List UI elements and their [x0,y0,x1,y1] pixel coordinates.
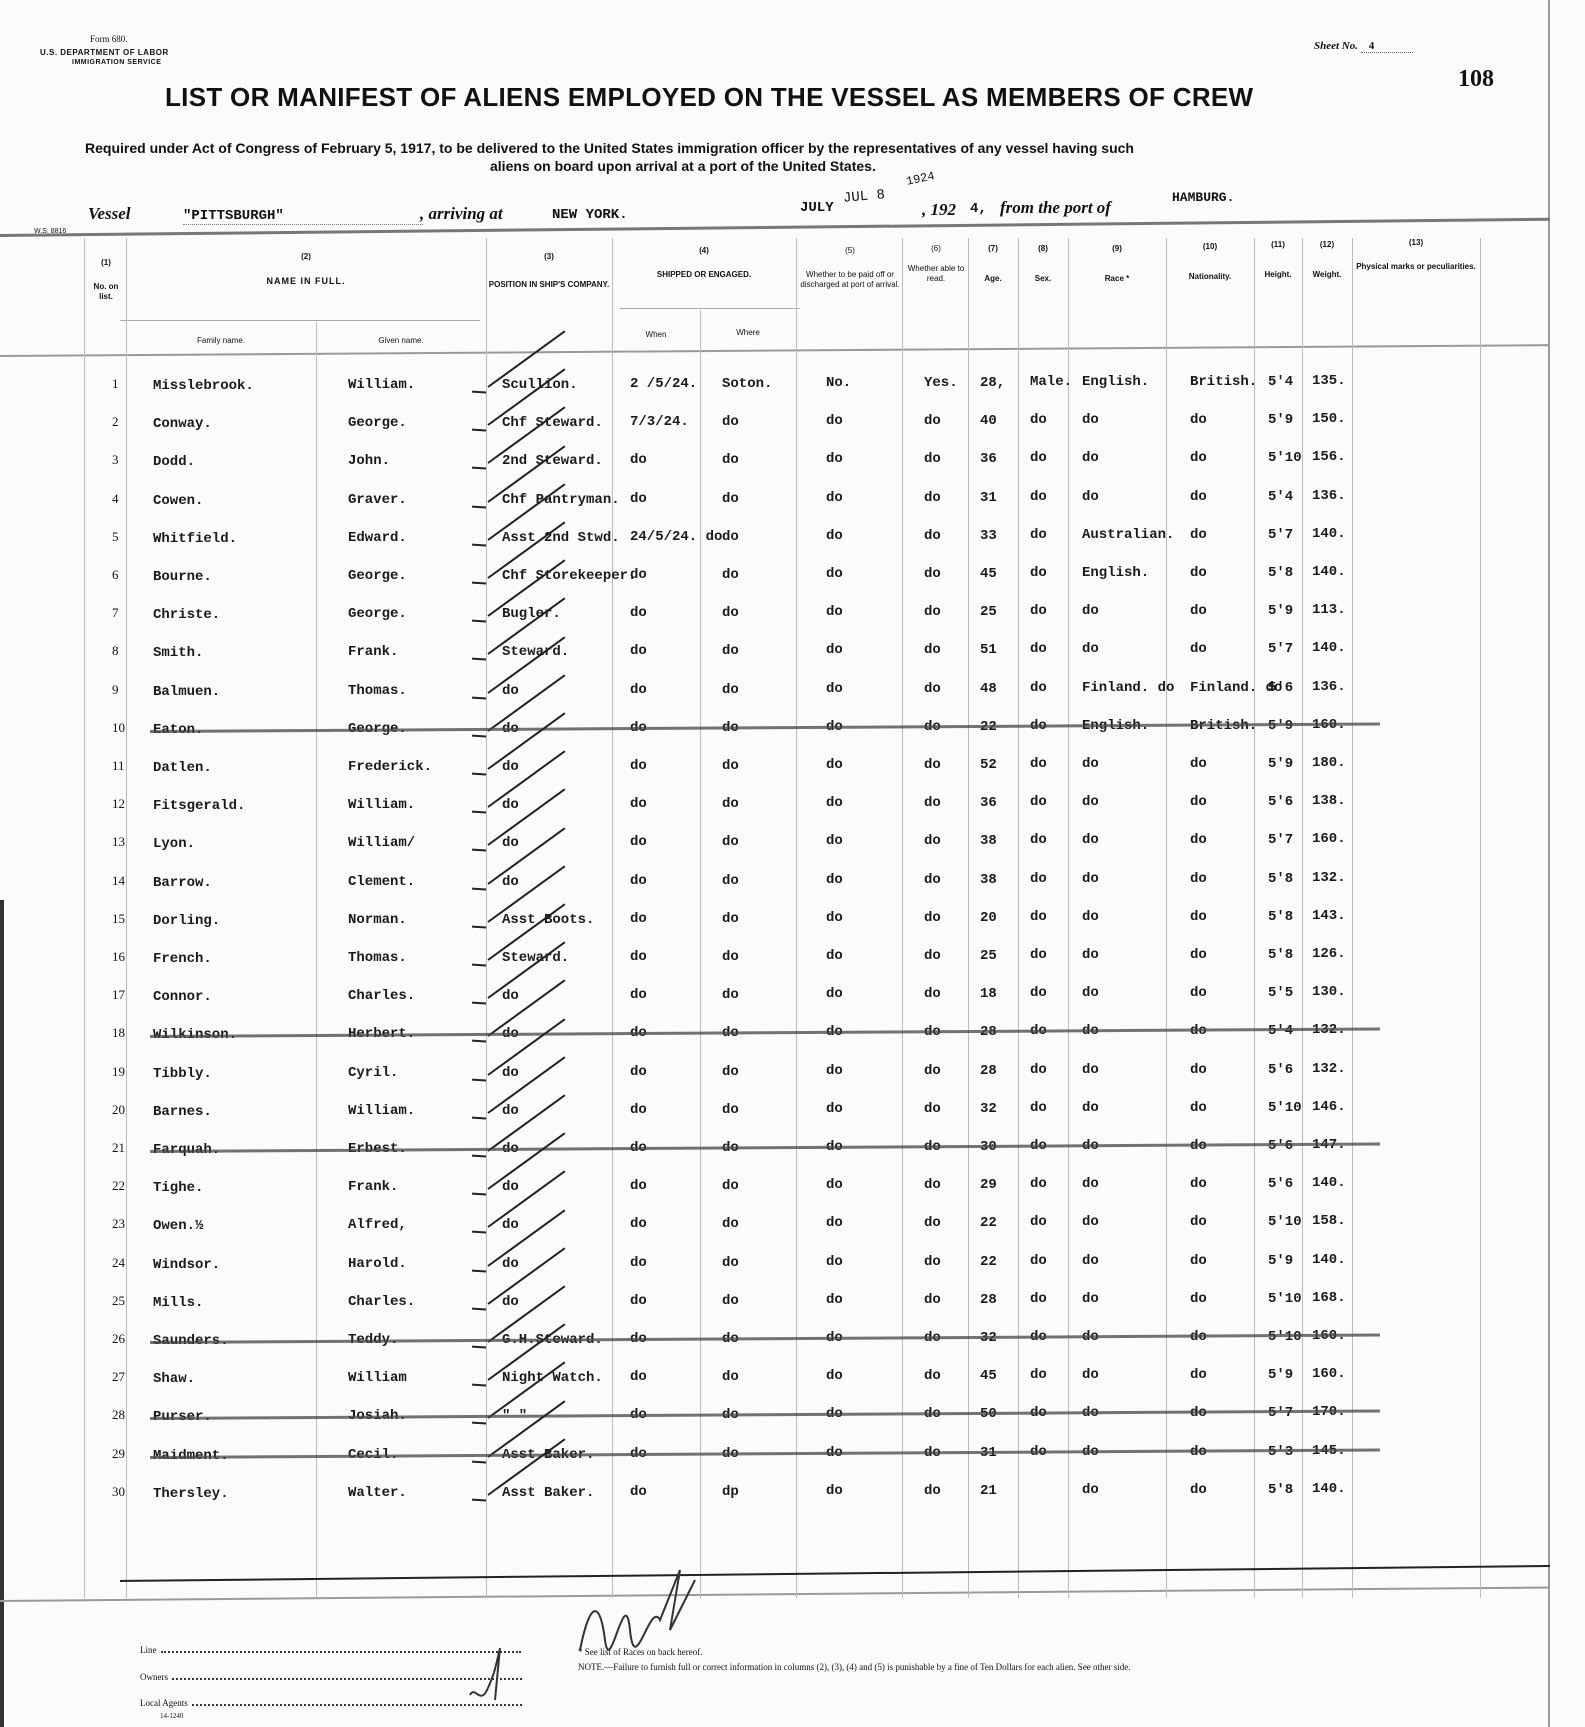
vessel-name: "PITTSBURGH" [183,208,284,224]
col-divider-14 [1480,238,1481,1598]
weight: 160. [1312,1366,1346,1382]
family-name: Thersley. [153,1486,229,1502]
height: 5'4 [1268,374,1293,390]
shipped-where: do [722,987,739,1003]
paid-off: do [826,1063,843,1079]
col-header-shipped: (4)SHIPPED OR ENGAGED. [612,246,796,280]
shipped-when: do [630,796,647,812]
row-number: 27 [112,1369,125,1385]
signature-icon [570,1560,710,1660]
shipped-when: do [630,1369,647,1385]
paid-off: do [826,948,843,964]
age: 28 [980,1292,997,1308]
given-name: Frank. [348,1179,398,1195]
family-name: Windsor. [153,1257,220,1273]
shipped-where: do [722,1178,739,1194]
family-name: Christe. [153,607,220,623]
row-number: 7 [112,605,119,621]
col-divider-2b [316,322,317,1598]
age: 28, [980,375,1005,391]
paid-off: do [826,604,843,620]
row-number: 13 [112,834,125,850]
race: do [1082,794,1099,810]
nationality: do [1190,832,1207,848]
race: do [1082,1214,1099,1230]
paid-off: do [826,757,843,773]
family-name: Conway. [153,416,212,432]
able-to-read: do [924,1063,941,1079]
name-subheader-line [120,320,480,321]
family-name: Barnes. [153,1104,212,1120]
position: do [502,1103,519,1119]
shipped-when: do [630,491,647,507]
weight: 160. [1312,831,1346,847]
able-to-read: do [924,681,941,697]
paid-off: do [826,1368,843,1384]
age: 36 [980,795,997,811]
nationality: do [1190,1062,1207,1078]
height: 5'9 [1268,1367,1293,1383]
given-name: Harold. [348,1256,407,1272]
row-number: 16 [112,949,125,965]
given-name: Norman. [348,912,407,928]
family-name: Whitfield. [153,531,237,547]
family-name: Smith. [153,645,203,661]
col-divider-7 [968,238,969,1598]
nationality: do [1190,871,1207,887]
col-header-where: Where [700,328,796,338]
shipped-where: do [722,1064,739,1080]
able-to-read: do [924,910,941,926]
col-divider-2 [126,238,127,1598]
table-bottom-border [0,1586,1550,1602]
shipped-where: Soton. [722,376,772,392]
given-name: George. [348,415,407,431]
shipped-when: do [630,834,647,850]
nationality: do [1190,794,1207,810]
shipped-when: do [630,987,647,1003]
family-name: Mills. [153,1295,203,1311]
given-name: Alfred, [348,1217,407,1233]
col-header-read: (6)Whether able to read. [904,244,968,284]
weight: 126. [1312,946,1346,962]
position: do [502,835,519,851]
owners-field: Owners [140,1672,522,1682]
paid-off: do [826,1215,843,1231]
able-to-read: do [924,1292,941,1308]
end-of-list-line [120,1565,1550,1582]
age: 33 [980,528,997,544]
row-number: 19 [112,1064,125,1080]
vessel-label: Vessel [88,204,131,224]
height: 5'10 [1268,1291,1302,1307]
able-to-read: do [924,451,941,467]
year-digit: 4, [970,201,987,217]
row-number: 6 [112,567,119,583]
sex: do [1030,1253,1047,1269]
col-header-when: When [612,330,700,340]
paid-off: do [826,413,843,429]
shipped-where: do [722,605,739,621]
family-name: Lyon. [153,836,195,852]
page-title: LIST OR MANIFEST OF ALIENS EMPLOYED ON T… [165,82,1253,113]
row-number: 23 [112,1216,125,1232]
position: do [502,1217,519,1233]
given-name: Frank. [348,644,398,660]
able-to-read: do [924,1101,941,1117]
sex: do [1030,756,1047,772]
shipped-where: do [722,873,739,889]
col-divider-9 [1068,238,1069,1598]
nationality: do [1190,450,1207,466]
age: 22 [980,1254,997,1270]
col-header-race: (9)Race * [1068,244,1166,284]
sex: do [1030,527,1047,543]
stamp-year: 1924 [905,169,936,189]
race: do [1082,450,1099,466]
shipped-where: do [722,834,739,850]
shipped-where: do [722,567,739,583]
paid-off: do [826,1177,843,1193]
age: 18 [980,986,997,1002]
age: 45 [980,1368,997,1384]
sex: do [1030,909,1047,925]
height: 5'8 [1268,871,1293,887]
scan-edge-right [1548,0,1550,1727]
position: do [502,797,519,813]
paid-off: do [826,910,843,926]
sheet-value: 4 [1369,40,1375,52]
family-name: Dorling. [153,913,220,929]
sheet-label: Sheet No. [1314,40,1358,52]
col-divider-10 [1166,238,1167,1598]
weight: 180. [1312,755,1346,771]
row-number: 22 [112,1178,125,1194]
height: 5'6 [1268,794,1293,810]
height: 5'4 [1268,489,1293,505]
shipped-where: do [722,452,739,468]
sex: do [1030,832,1047,848]
race: do [1082,871,1099,887]
row-number: 28 [112,1407,125,1423]
position: do [502,1179,519,1195]
age: 21 [980,1483,997,1499]
shipped-when: do [630,1178,647,1194]
paid-off: do [826,833,843,849]
shipped-when: do [630,949,647,965]
nationality: do [1190,641,1207,657]
col-header-position: (3)POSITION IN SHIP'S COMPANY. [486,252,612,290]
paid-off: do [826,1292,843,1308]
nationality: do [1190,947,1207,963]
paid-off: No. [826,375,851,391]
row-number: 12 [112,796,125,812]
given-name: John. [348,453,390,469]
nationality: British. [1190,374,1257,390]
col-divider-13 [1352,238,1353,1598]
height: 5'6 [1268,1176,1293,1192]
race: do [1082,412,1099,428]
row-number: 9 [112,682,119,698]
shipped-where: do [722,491,739,507]
shipped-where: dp [722,1484,739,1500]
sex: do [1030,1291,1047,1307]
age: 40 [980,413,997,429]
date-stamp: JUL 8 [842,187,885,207]
nationality: do [1190,527,1207,543]
height: 5'8 [1268,1482,1293,1498]
shipped-when: do [630,873,647,889]
weight: 113. [1312,602,1346,618]
given-name: Clement. [348,874,415,890]
weight: 132. [1312,870,1346,886]
position: do [502,759,519,775]
nationality: do [1190,603,1207,619]
able-to-read: do [924,1254,941,1270]
arriving-port: NEW YORK. [552,207,628,223]
age: 25 [980,948,997,964]
able-to-read: do [924,1177,941,1193]
height: 5'7 [1268,832,1293,848]
year-label: , 192 [922,200,956,220]
sex: do [1030,1367,1047,1383]
scan-edge-left [0,900,4,1727]
age: 28 [980,1063,997,1079]
nationality: do [1190,756,1207,772]
given-name: Thomas. [348,683,407,699]
race: do [1082,947,1099,963]
paid-off: do [826,490,843,506]
weight: 140. [1312,1481,1346,1497]
race: do [1082,1482,1099,1498]
family-name: Tighe. [153,1180,203,1196]
shipped-when: do [630,1484,647,1500]
height: 5'10 [1268,1100,1302,1116]
age: 31 [980,490,997,506]
vessel-dots [183,224,423,225]
family-name: Shaw. [153,1371,195,1387]
shipped-where: do [722,796,739,812]
shipped-when: do [630,1064,647,1080]
height: 5'10 [1268,450,1302,466]
sex: Male. [1030,374,1072,390]
able-to-read: do [924,986,941,1002]
race: do [1082,832,1099,848]
row-number: 2 [112,414,119,430]
family-name: Dodd. [153,454,195,470]
family-name: French. [153,951,212,967]
paid-off: do [826,1101,843,1117]
nationality: do [1190,489,1207,505]
row-number: 14 [112,873,125,889]
age: 32 [980,1101,997,1117]
weight: 136. [1312,488,1346,504]
nationality: do [1190,1100,1207,1116]
race: do [1082,985,1099,1001]
position: Asst Baker. [502,1485,594,1501]
row-number: 24 [112,1255,125,1271]
row-number: 20 [112,1102,125,1118]
given-name: George. [348,568,407,584]
shipped-when: do [630,1255,647,1271]
row-number: 10 [112,720,125,736]
form-number: Form 680. [90,34,128,44]
arrival-month: JULY [800,200,834,216]
shipped-when: do [630,1216,647,1232]
shipped-where: do [722,911,739,927]
able-to-read: do [924,948,941,964]
shipped-where: do [722,1255,739,1271]
race: English. [1082,374,1149,390]
race: Australian. [1082,527,1174,543]
height: 5'10 [1268,1214,1302,1230]
col-divider-4b [700,310,701,1598]
sex: do [1030,1062,1047,1078]
able-to-read: do [924,642,941,658]
race: do [1082,756,1099,772]
shipped-when: do [630,758,647,774]
race: do [1082,1176,1099,1192]
shipped-where: do [722,1102,739,1118]
paid-off: do [826,1254,843,1270]
race: do [1082,1367,1099,1383]
height: 5'8 [1268,909,1293,925]
family-name: Connor. [153,989,212,1005]
shipped-where: do [722,1216,739,1232]
weight: 136. [1312,679,1346,695]
shipped-when: 7/3/24. [630,414,689,430]
shipped-where: do [722,1369,739,1385]
paid-off: do [826,1483,843,1499]
race: English. [1082,565,1149,581]
form-code: 14-1240 [160,1712,183,1720]
col-divider-4 [612,238,613,1598]
row-number: 17 [112,987,125,1003]
given-name: Charles. [348,988,415,1004]
able-to-read: do [924,490,941,506]
given-name: William/ [348,835,415,851]
race: do [1082,489,1099,505]
family-name: Balmuen. [153,684,220,700]
manifest-page: Form 680. U.S. DEPARTMENT OF LABOR IMMIG… [0,0,1585,1727]
from-label: from the port of [1000,198,1111,218]
height: 5'9 [1268,412,1293,428]
position: do [502,874,519,890]
position: Asst 2nd Stwd. [502,530,620,546]
col-divider-6 [902,238,903,1598]
age: 29 [980,1177,997,1193]
shipped-where: do [722,643,739,659]
nationality: do [1190,1214,1207,1230]
able-to-read: do [924,1483,941,1499]
position: do [502,683,519,699]
able-to-read: do [924,1215,941,1231]
shipped-when: do [630,1102,647,1118]
paid-off: do [826,451,843,467]
weight: 135. [1312,373,1346,389]
able-to-read: do [924,833,941,849]
height: 5'8 [1268,565,1293,581]
col-header-no: (1)No. on list. [86,258,126,302]
given-name: Frederick. [348,759,432,775]
row-number: 1 [112,376,119,392]
row-number: 15 [112,911,125,927]
nationality: do [1190,909,1207,925]
shipped-where: do [722,1293,739,1309]
age: 36 [980,451,997,467]
sex: do [1030,680,1047,696]
race: Finland. do [1082,680,1174,696]
family-name: Owen.½ [153,1218,203,1234]
nationality: do [1190,565,1207,581]
sex: do [1030,489,1047,505]
col-divider-11 [1254,238,1255,1598]
paid-off: do [826,642,843,658]
weight: 140. [1312,564,1346,580]
able-to-read: Yes. [924,375,958,391]
weight: 130. [1312,984,1346,1000]
penalty-note: NOTE.—Failure to furnish full or correct… [578,1662,1131,1672]
department-name: U.S. DEPARTMENT OF LABOR [40,48,169,57]
col-header-marks: (13)Physical marks or peculiarities. [1352,238,1480,272]
shipped-where: do [722,682,739,698]
shipped-where: do [722,529,739,545]
requirement-line-2: aliens on board upon arrival at a port o… [490,158,876,174]
height: 5'7 [1268,641,1293,657]
given-name: Walter. [348,1485,407,1501]
race: do [1082,1062,1099,1078]
given-name: Thomas. [348,950,407,966]
shipped-when: do [630,452,647,468]
position: do [502,988,519,1004]
position: do [502,1294,519,1310]
col-header-nationality: (10)Nationality. [1166,242,1254,282]
local-agents-field: Local Agents [140,1698,522,1708]
col-divider-5 [796,238,797,1598]
col-header-paid-off: (5)Whether to be paid off or discharged … [800,246,900,290]
col-header-weight: (12)Weight. [1302,240,1352,280]
service-name: IMMIGRATION SERVICE [72,58,161,67]
arriving-label: , arriving at [420,204,503,224]
age: 51 [980,642,997,658]
height: 5'9 [1268,603,1293,619]
able-to-read: do [924,604,941,620]
row-number: 30 [112,1484,125,1500]
sex: do [1030,1100,1047,1116]
height: 5'9 [1268,1253,1293,1269]
sheet-number: Sheet No. 4 [1314,40,1413,53]
col-header-sex: (8)Sex. [1018,244,1068,284]
shipped-where: do [722,414,739,430]
shipped-when: do [630,567,647,583]
col-header-family: Family name. [126,336,316,346]
able-to-read: do [924,872,941,888]
shipped-when: do [630,911,647,927]
age: 38 [980,872,997,888]
able-to-read: do [924,528,941,544]
age: 48 [980,681,997,697]
nationality: do [1190,985,1207,1001]
sex: do [1030,1214,1047,1230]
race: do [1082,603,1099,619]
shipped-where: do [722,758,739,774]
weight: 168. [1312,1290,1346,1306]
paid-off: do [826,528,843,544]
row-number: 4 [112,491,119,507]
sex: do [1030,871,1047,887]
shipped-when: do [630,643,647,659]
shipped-where: do [722,949,739,965]
